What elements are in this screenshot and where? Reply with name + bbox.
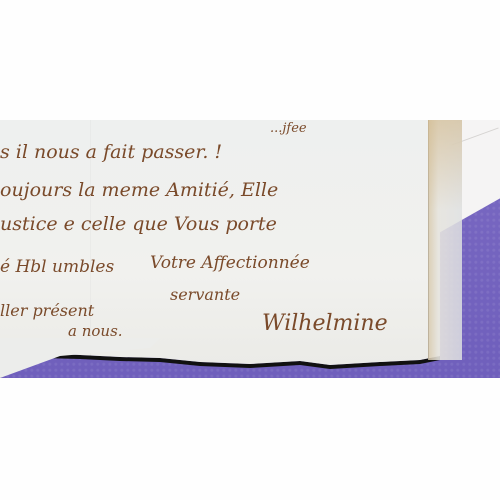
handwriting-line: ller présent — [0, 301, 95, 320]
handwriting-line: oujours la meme Amitié, Elle — [0, 179, 278, 201]
handwriting-line: s il nous a fait passer. ! — [0, 141, 222, 163]
closing-line: Votre Affectionnée — [150, 253, 310, 273]
signature: Wilhelmine — [262, 311, 388, 336]
handwriting-line: a nous. — [68, 322, 123, 340]
handwriting-line: é Hbl umbles — [0, 257, 114, 277]
letter-photograph: ...jfee s il nous a fait passer. ! oujou… — [0, 120, 500, 378]
handwriting-line: ...jfee — [270, 121, 307, 136]
handwriting-line: ustice e celle que Vous porte — [0, 213, 277, 235]
tape-stain — [428, 120, 462, 210]
handwriting: ...jfee s il nous a fait passer. ! oujou… — [0, 120, 440, 378]
closing-servante: servante — [170, 285, 240, 304]
